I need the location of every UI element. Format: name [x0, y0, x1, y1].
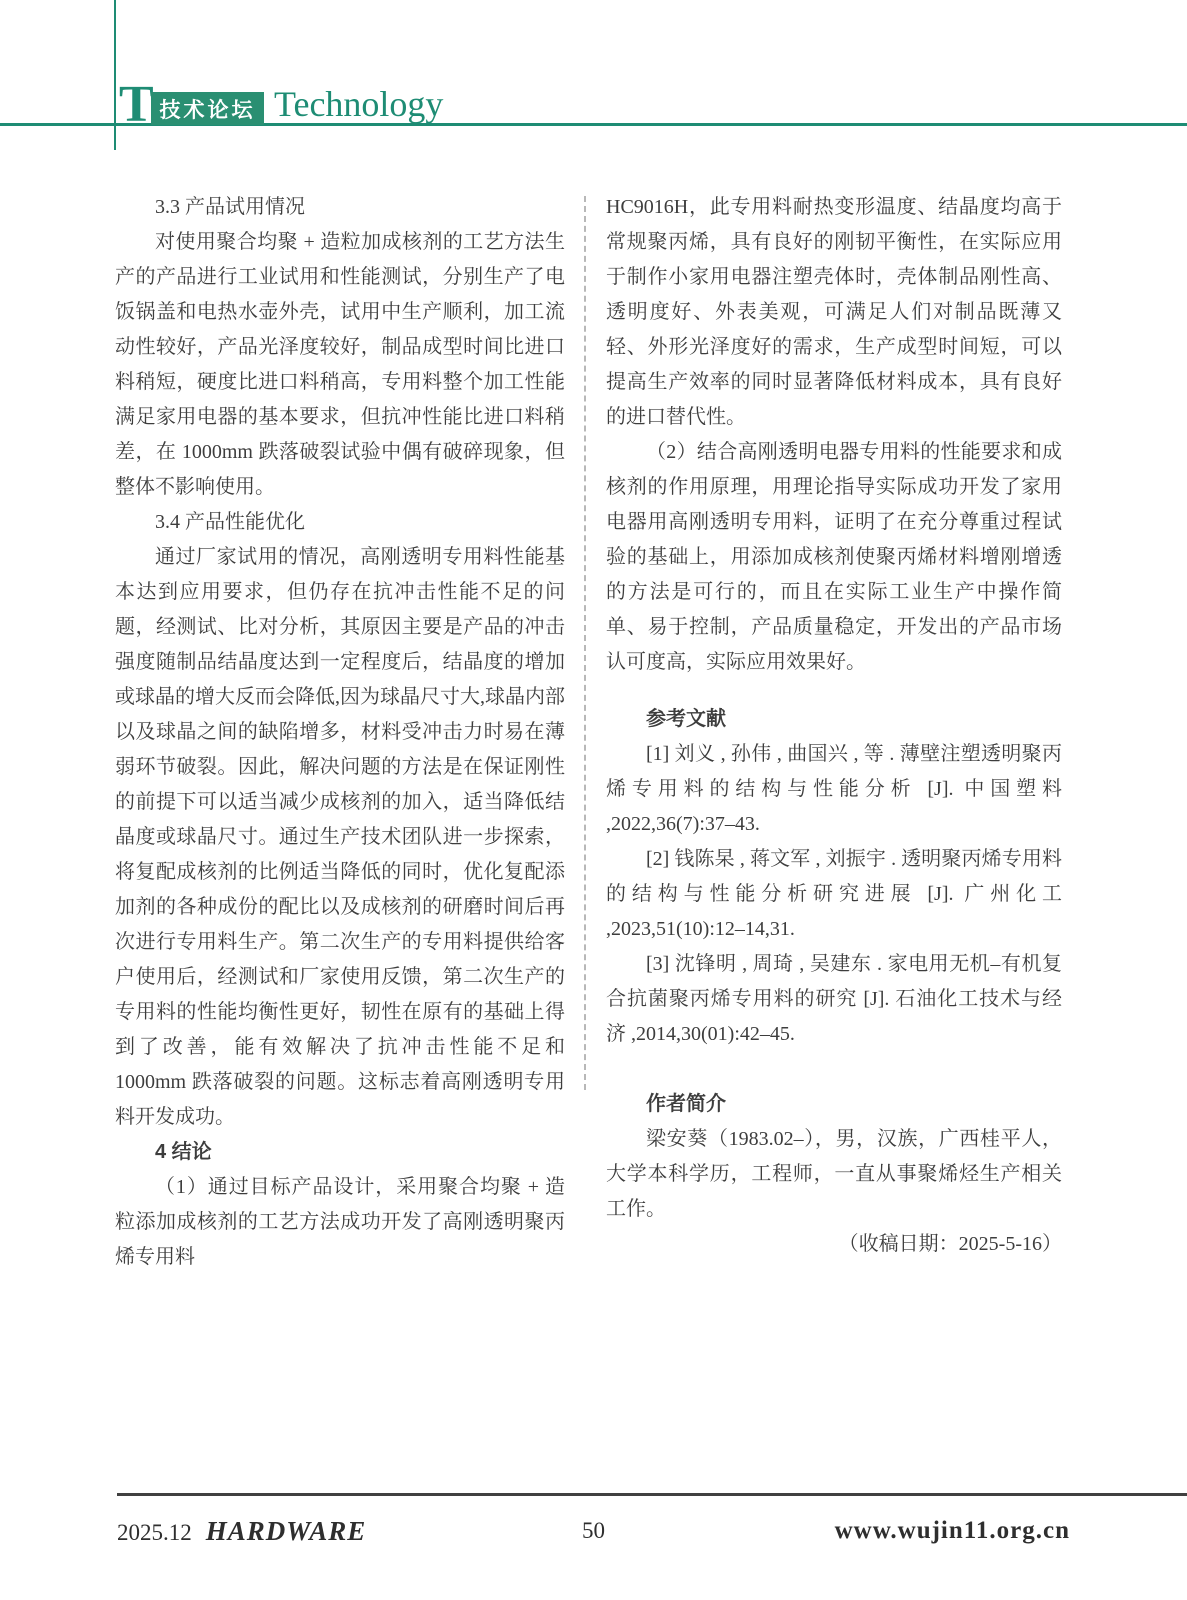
- reference-item-1: [1] 刘义 , 孙伟 , 曲国兴 , 等 . 薄壁注塑透明聚丙烯专用料的结构与…: [606, 737, 1062, 842]
- section-badge: 技术论坛: [151, 92, 264, 125]
- article-left-column: 3.3 产品试用情况 对使用聚合均聚 + 造粒加成核剂的工艺方法生产的产品进行工…: [115, 190, 565, 1275]
- conclusion-2-paragraph: （2）结合高刚透明电器专用料的性能要求和成核剂的作用原理，用理论指导实际成功开发…: [606, 435, 1062, 680]
- footer-website: www.wujin11.org.cn: [835, 1516, 1070, 1546]
- section-3-4-paragraph: 通过厂家试用的情况，高刚透明专用料性能基本达到应用要求，但仍存在抗冲击性能不足的…: [115, 540, 565, 1135]
- header-vertical-rule: [114, 0, 116, 150]
- references-heading: 参考文献: [606, 702, 1062, 737]
- section-title: Technology: [274, 84, 443, 124]
- footer-rule: [117, 1493, 1187, 1496]
- reference-item-3: [3] 沈锋明 , 周琦 , 吴建东 . 家电用无机–有机复合抗菌聚丙烯专用料的…: [606, 947, 1062, 1052]
- received-date: （收稿日期：2025-5-16）: [606, 1227, 1062, 1262]
- conclusion-1-paragraph: （1）通过目标产品设计，采用聚合均聚 + 造粒添加成核剂的工艺方法成功开发了高刚…: [115, 1170, 565, 1275]
- section-4-heading: 4 结论: [115, 1135, 565, 1170]
- reference-item-2: [2] 钱陈杲 , 蒋文军 , 刘振宇 . 透明聚丙烯专用料的结构与性能分析研究…: [606, 842, 1062, 947]
- journal-logo-letter: T: [119, 83, 154, 127]
- section-3-3-paragraph: 对使用聚合均聚 + 造粒加成核剂的工艺方法生产的产品进行工业试用和性能测试，分别…: [115, 225, 565, 505]
- author-bio-heading: 作者简介: [606, 1087, 1062, 1122]
- journal-page: T 技术论坛 Technology 3.3 产品试用情况 对使用聚合均聚 + 造…: [0, 0, 1187, 1600]
- section-3-3-heading: 3.3 产品试用情况: [115, 190, 565, 225]
- author-bio-paragraph: 梁安葵（1983.02–），男，汉族，广西桂平人，大学本科学历，工程师，一直从事…: [606, 1122, 1062, 1227]
- conclusion-1-continued-paragraph: HC9016H，此专用料耐热变形温度、结晶度均高于常规聚丙烯，具有良好的刚韧平衡…: [606, 190, 1062, 435]
- article-right-column: HC9016H，此专用料耐热变形温度、结晶度均高于常规聚丙烯，具有良好的刚韧平衡…: [606, 190, 1062, 1262]
- section-3-4-heading: 3.4 产品性能优化: [115, 505, 565, 540]
- column-divider: [584, 196, 586, 1090]
